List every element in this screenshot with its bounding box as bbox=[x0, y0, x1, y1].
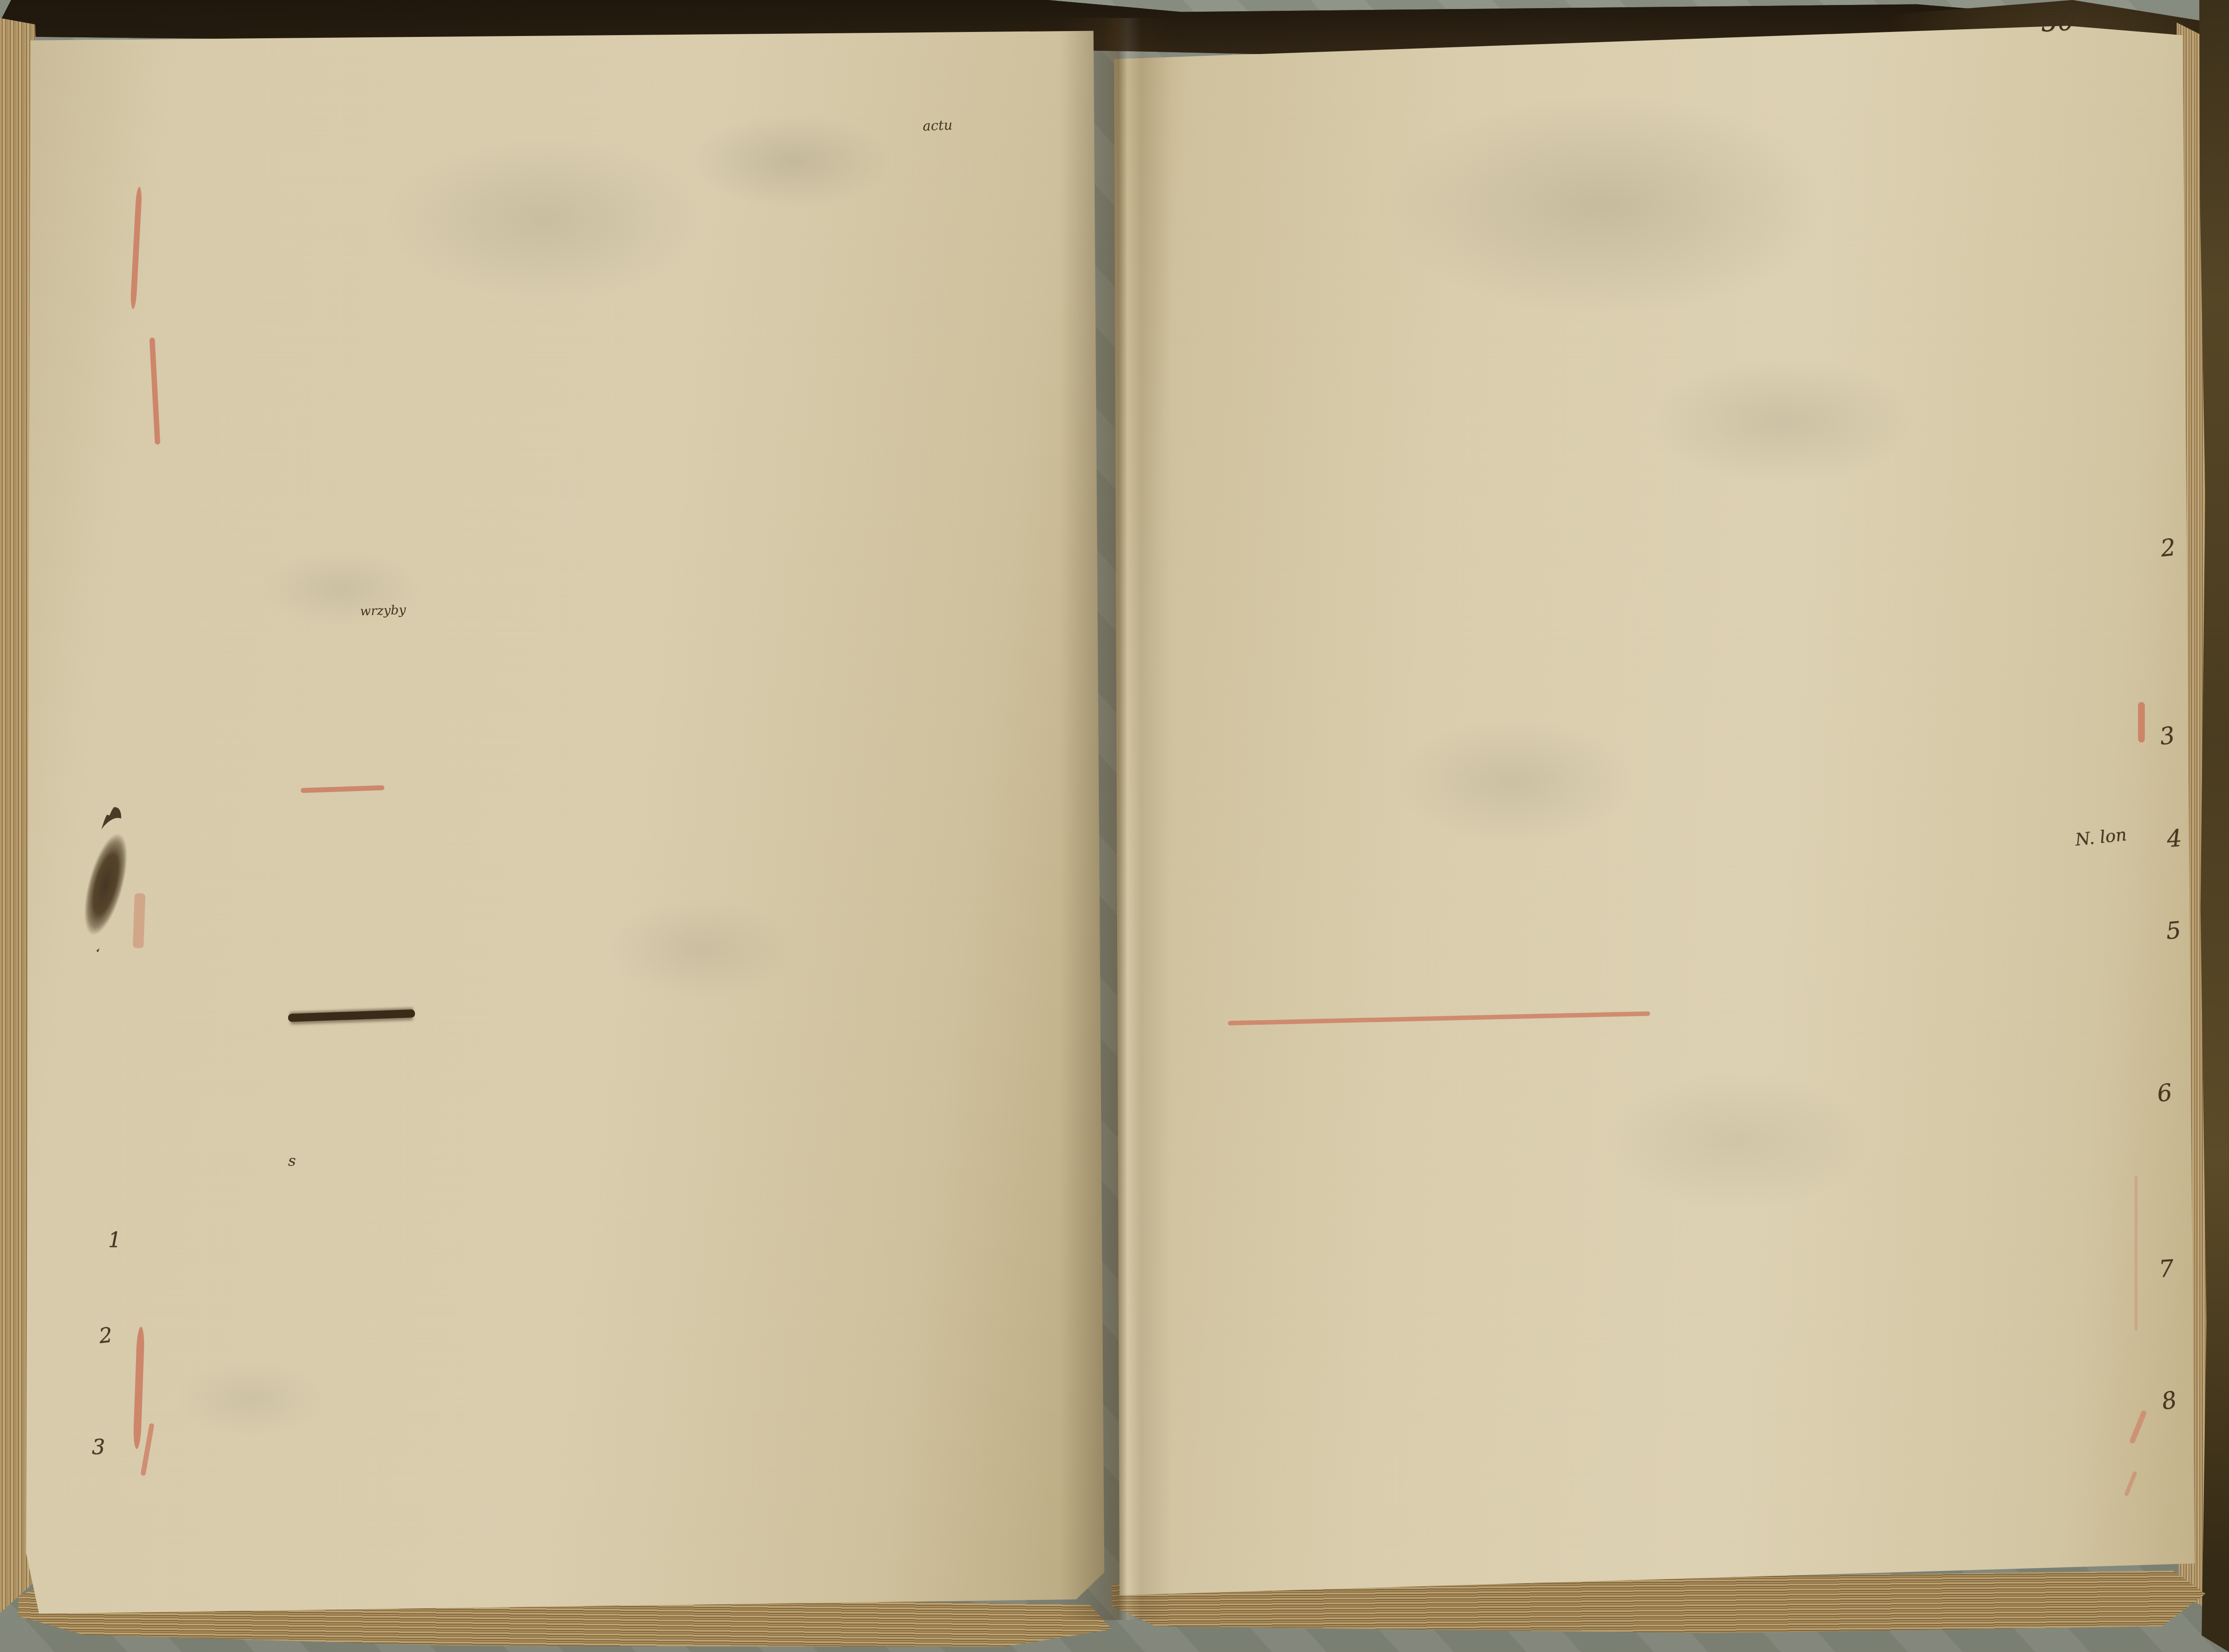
manuscript-photo: 50 W pondielj po Stm Lukassij. wzathauze… bbox=[0, 0, 2229, 1652]
red-rubrication-mark bbox=[2138, 702, 2145, 743]
subheading-superscript: s bbox=[288, 1152, 296, 1170]
red-smudge bbox=[133, 893, 145, 949]
margin-number: 2 bbox=[2159, 531, 2202, 562]
right-page bbox=[1109, 16, 2198, 1605]
red-rubrication-mark bbox=[2134, 1175, 2138, 1331]
margin-number: 7 bbox=[2158, 1253, 2200, 1283]
margin-number: 3 bbox=[92, 1435, 105, 1459]
left-page bbox=[26, 26, 1109, 1617]
heading-superscript: actu bbox=[922, 117, 952, 134]
margin-number: 1 bbox=[108, 1228, 121, 1252]
margin-number: 6 bbox=[2156, 1076, 2199, 1108]
folio-number: 50 bbox=[2040, 5, 2075, 38]
interlinear-note: wrzyby bbox=[360, 602, 406, 619]
margin-number: 2 bbox=[98, 1323, 113, 1348]
margin-number: 3 bbox=[2158, 718, 2202, 751]
margin-number: 4 bbox=[2166, 823, 2208, 853]
margin-number: 5 bbox=[2165, 914, 2208, 945]
